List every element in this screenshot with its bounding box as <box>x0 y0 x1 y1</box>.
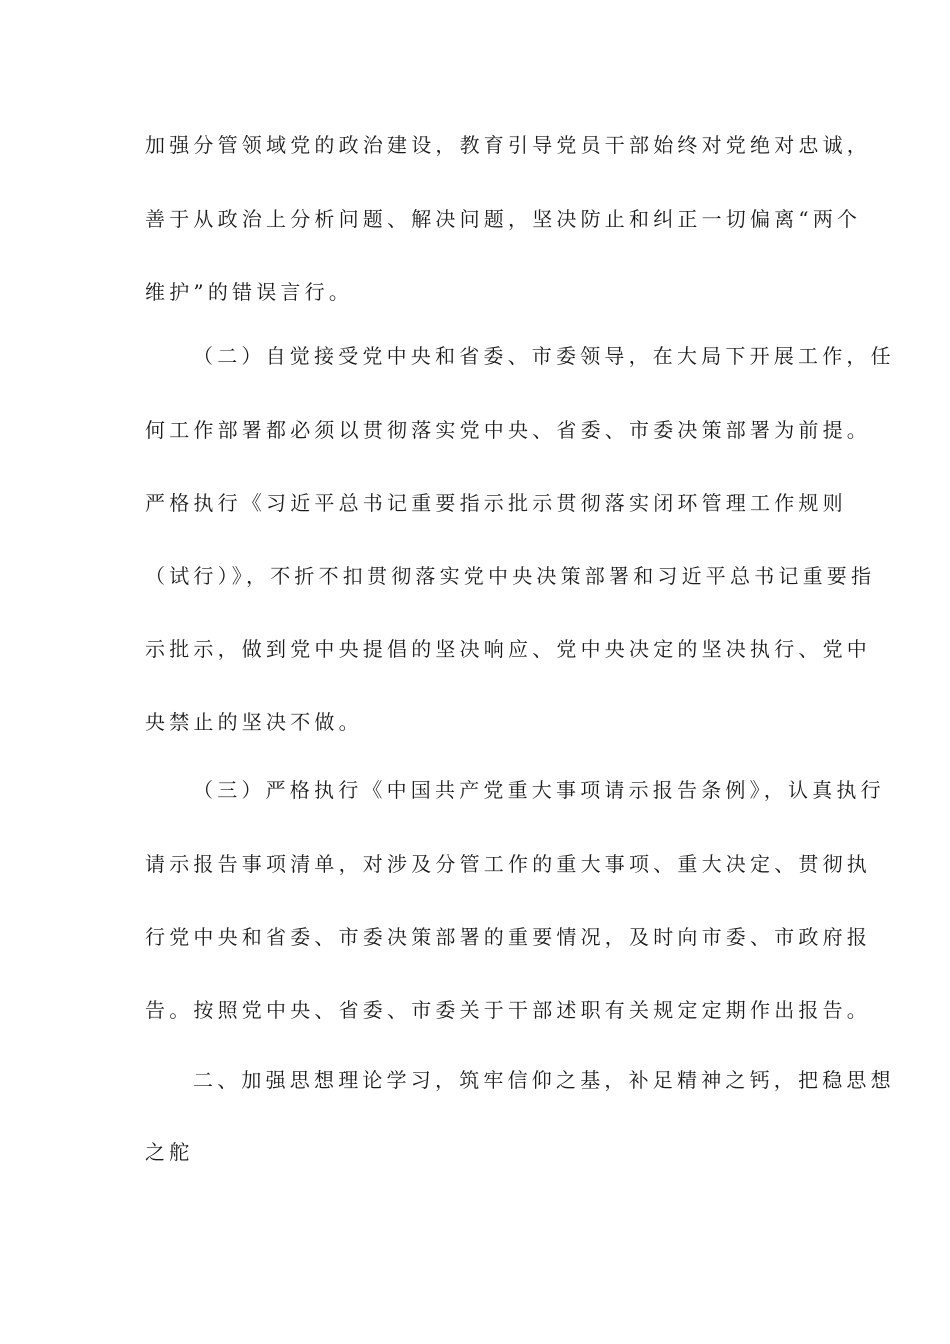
paragraph-2-line-2: 何工作部署都必须以贯彻落实党中央、省委、市委决策部署为前提。 <box>145 416 825 444</box>
paragraph-2-line-3: 严格执行《习近平总书记重要指示批示贯彻落实闭环管理工作规则 <box>145 489 825 517</box>
paragraph-3-line-1: （三）严格执行《中国共产党重大事项请示报告条例》，认真执行 <box>193 776 873 804</box>
paragraph-2-line-6: 央禁止的坚决不做。 <box>145 708 825 736</box>
paragraph-2-line-5: 示批示，做到党中央提倡的坚决响应、党中央决定的坚决执行、党中 <box>145 635 825 663</box>
paragraph-1-line-1: 加强分管领域党的政治建设，教育引导党员干部始终对党绝对忠诚， <box>145 131 825 159</box>
paragraph-2-line-4: （试行）》，不折不扣贯彻落实党中央决策部署和习近平总书记重要指 <box>145 562 825 590</box>
paragraph-3-line-4: 告。按照党中央、省委、市委关于干部述职有关规定定期作出报告。 <box>145 996 825 1024</box>
paragraph-1-line-3: 维护”的错误言行。 <box>145 278 825 306</box>
paragraph-3-line-2: 请示报告事项清单，对涉及分管工作的重大事项、重大决定、贯彻执 <box>145 850 825 878</box>
paragraph-1-line-2: 善于从政治上分析问题、解决问题，坚决防止和纠正一切偏离“两个 <box>145 205 825 233</box>
paragraph-3-line-3: 行党中央和省委、市委决策部署的重要情况，及时向市委、市政府报 <box>145 923 825 951</box>
section-heading-2-line-1: 二、加强思想理论学习，筑牢信仰之基，补足精神之钙，把稳思想 <box>193 1066 873 1094</box>
paragraph-2-line-1: （二）自觉接受党中央和省委、市委领导，在大局下开展工作，任 <box>193 342 873 370</box>
section-heading-2-line-2: 之舵 <box>145 1138 825 1166</box>
document-page: 加强分管领域党的政治建设，教育引导党员干部始终对党绝对忠诚， 善于从政治上分析问… <box>0 0 950 1344</box>
